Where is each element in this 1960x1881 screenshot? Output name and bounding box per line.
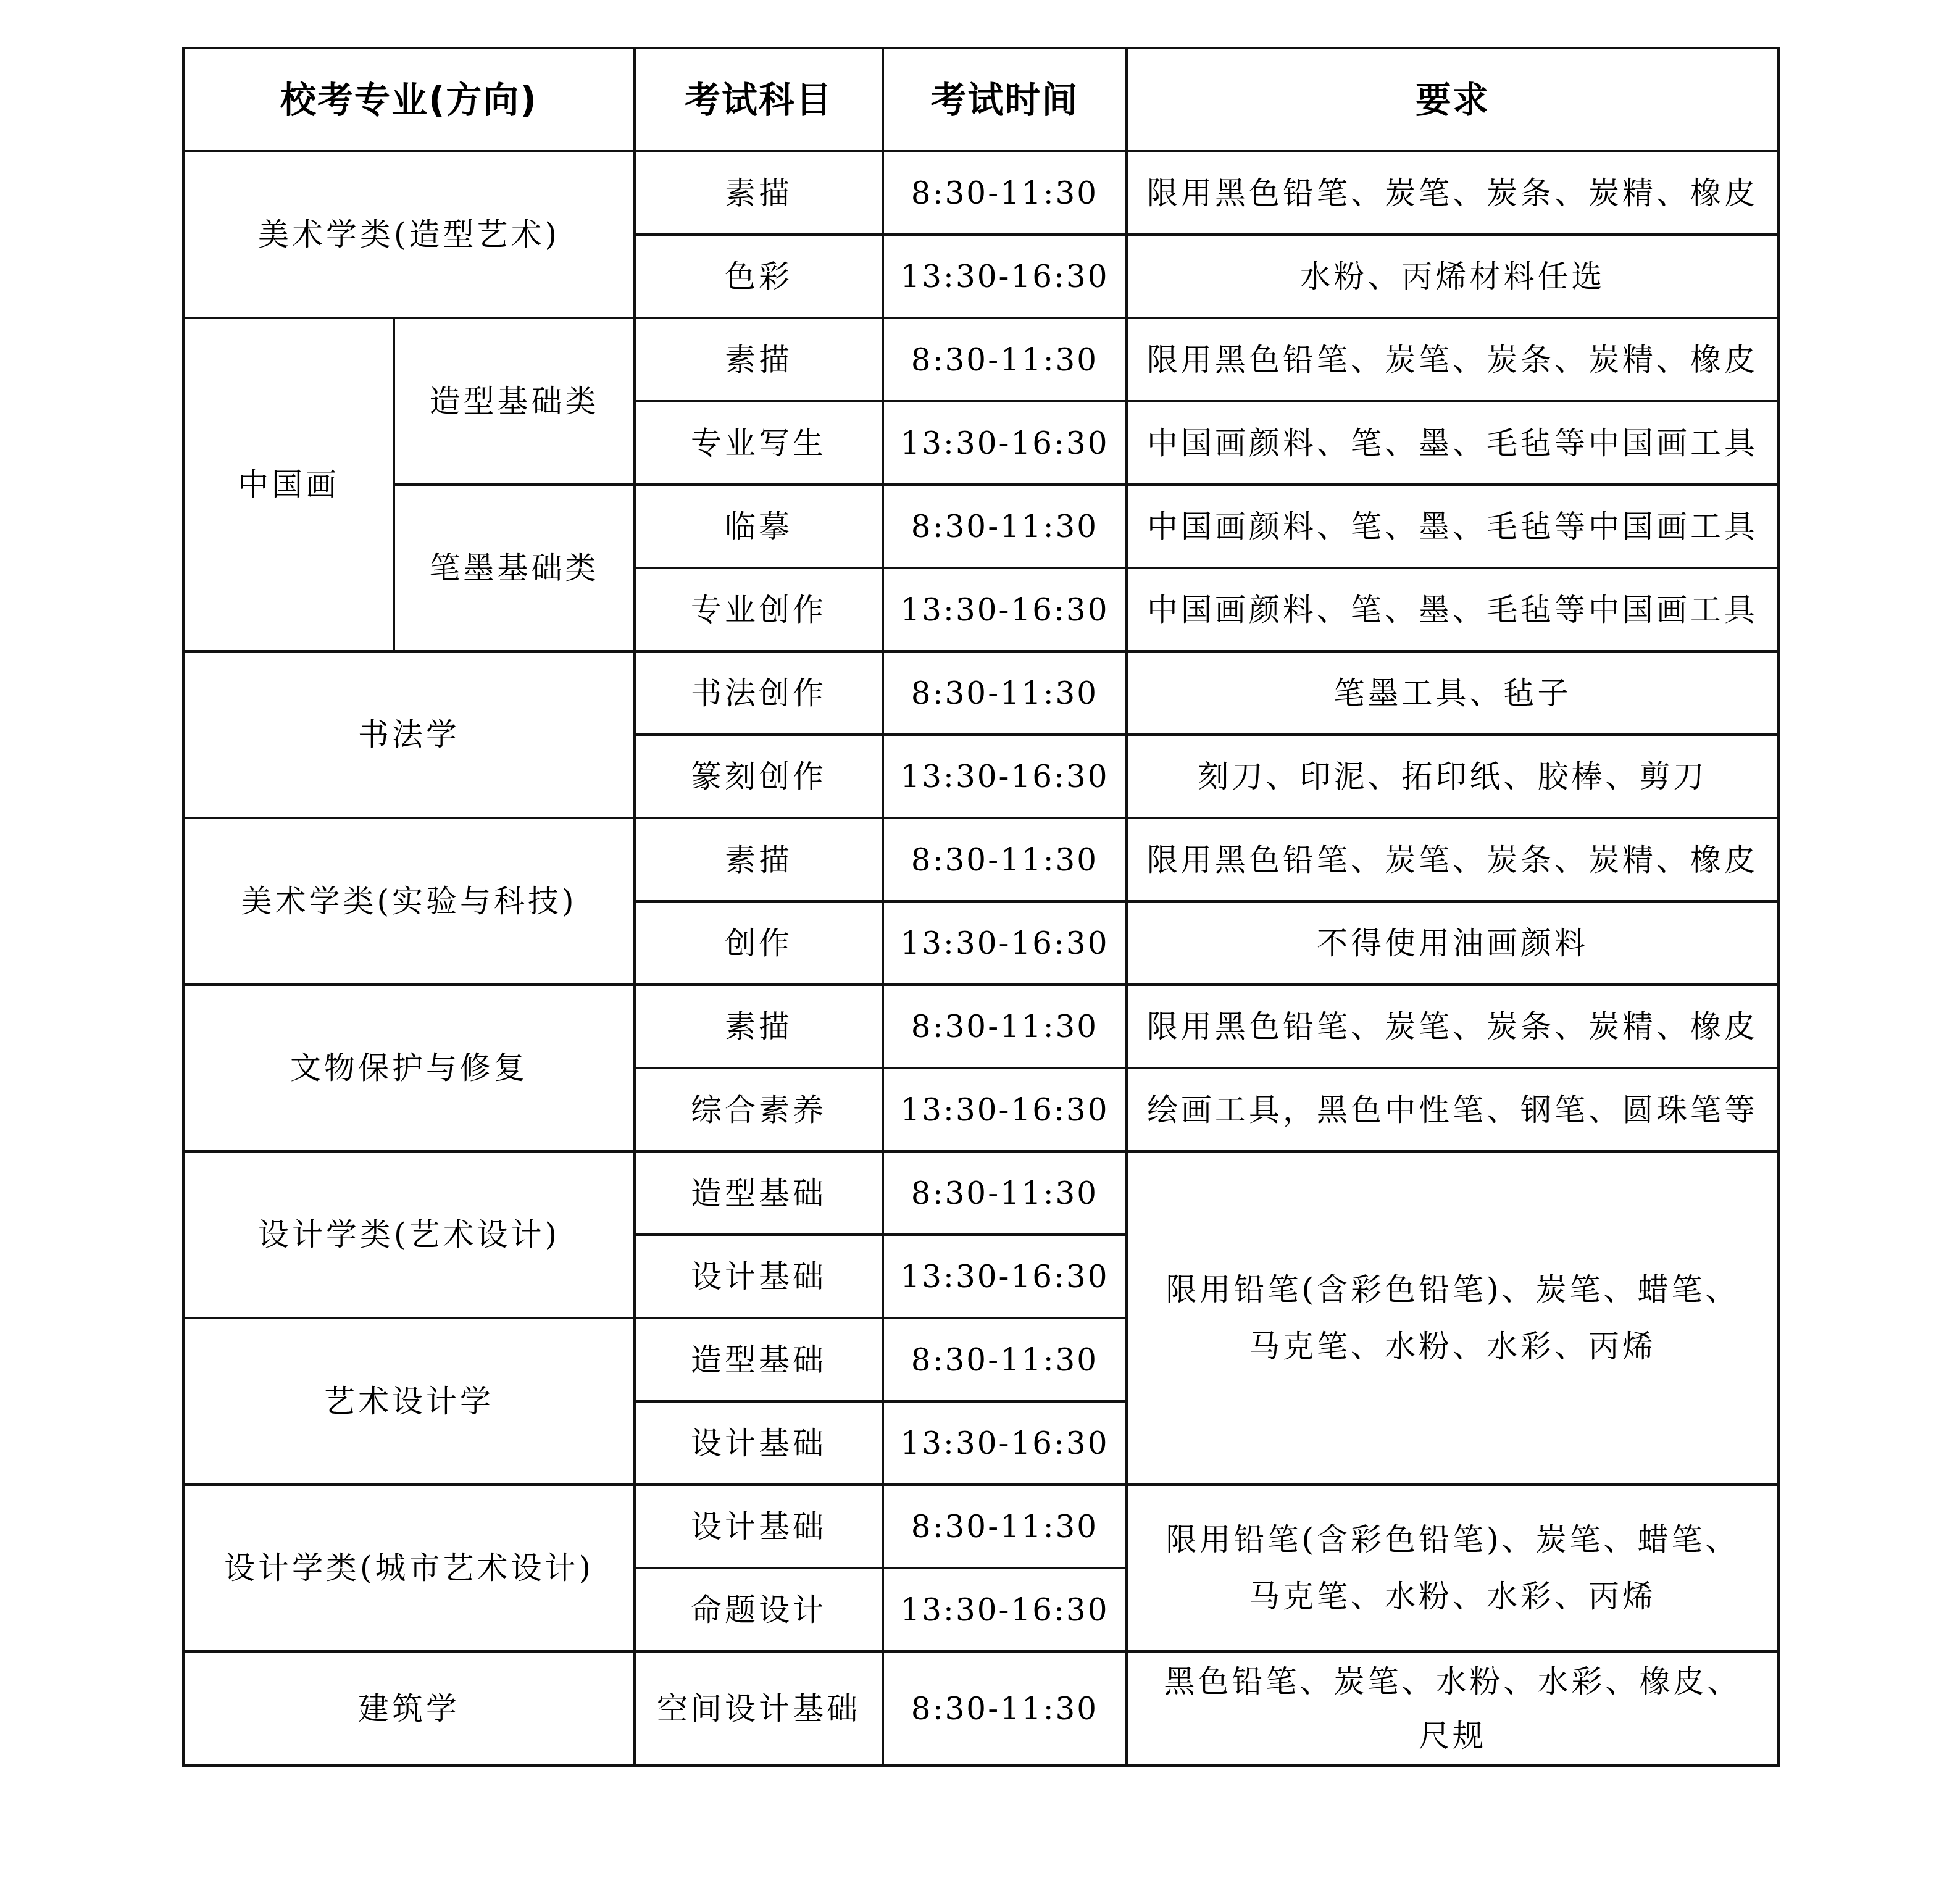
subject-cell: 素描: [635, 318, 883, 401]
time-cell: 8:30-11:30: [883, 318, 1127, 401]
table-row: 书法学 书法创作 8:30-11:30 笔墨工具、毡子: [183, 651, 1779, 735]
requirement-cell: 不得使用油画颜料: [1127, 901, 1779, 985]
major-cell: 设计学类(城市艺术设计): [183, 1485, 635, 1651]
requirement-cell-shared: 限用铅笔(含彩色铅笔)、炭笔、蜡笔、 马克笔、水粉、水彩、丙烯: [1127, 1151, 1779, 1485]
major-cell: 艺术设计学: [183, 1318, 635, 1485]
table-row: 中国画 造型基础类 素描 8:30-11:30 限用黑色铅笔、炭笔、炭条、炭精、…: [183, 318, 1779, 401]
requirement-cell: 绘画工具，黑色中性笔、钢笔、圆珠笔等: [1127, 1068, 1779, 1151]
subject-cell: 临摹: [635, 485, 883, 568]
time-cell: 13:30-16:30: [883, 1401, 1127, 1485]
time-cell: 8:30-11:30: [883, 818, 1127, 901]
requirement-cell: 刻刀、印泥、拓印纸、胶棒、剪刀: [1127, 735, 1779, 818]
subject-cell: 色彩: [635, 235, 883, 318]
time-cell: 8:30-11:30: [883, 1151, 1127, 1235]
subject-cell: 素描: [635, 985, 883, 1068]
time-cell: 8:30-11:30: [883, 1651, 1127, 1766]
subject-cell: 设计基础: [635, 1235, 883, 1318]
table-row: 文物保护与修复 素描 8:30-11:30 限用黑色铅笔、炭笔、炭条、炭精、橡皮: [183, 985, 1779, 1068]
requirement-cell: 限用黑色铅笔、炭笔、炭条、炭精、橡皮: [1127, 318, 1779, 401]
table-header-row: 校考专业(方向) 考试科目 考试时间 要求: [183, 48, 1779, 151]
major-cell: 中国画: [183, 318, 394, 651]
requirement-cell: 笔墨工具、毡子: [1127, 651, 1779, 735]
subject-cell: 综合素养: [635, 1068, 883, 1151]
requirement-line: 马克笔、水粉、水彩、丙烯: [1132, 1568, 1774, 1625]
table-row: 美术学类(造型艺术) 素描 8:30-11:30 限用黑色铅笔、炭笔、炭条、炭精…: [183, 151, 1779, 235]
subject-cell: 设计基础: [635, 1485, 883, 1568]
time-cell: 13:30-16:30: [883, 735, 1127, 818]
major-cell: 设计学类(艺术设计): [183, 1151, 635, 1318]
time-cell: 13:30-16:30: [883, 401, 1127, 485]
exam-schedule-table: 校考专业(方向) 考试科目 考试时间 要求 美术学类(造型艺术) 素描 8:30…: [182, 47, 1780, 1767]
time-cell: 13:30-16:30: [883, 1068, 1127, 1151]
table-row: 建筑学 空间设计基础 8:30-11:30 黑色铅笔、炭笔、水粉、水彩、橡皮、 …: [183, 1651, 1779, 1766]
subject-cell: 书法创作: [635, 651, 883, 735]
requirement-cell: 中国画颜料、笔、墨、毛毡等中国画工具: [1127, 485, 1779, 568]
subject-cell: 造型基础: [635, 1318, 883, 1401]
requirement-cell: 限用黑色铅笔、炭笔、炭条、炭精、橡皮: [1127, 818, 1779, 901]
time-cell: 8:30-11:30: [883, 151, 1127, 235]
subject-cell: 创作: [635, 901, 883, 985]
major-cell: 建筑学: [183, 1651, 635, 1766]
subject-cell: 专业写生: [635, 401, 883, 485]
header-requirement: 要求: [1127, 48, 1779, 151]
requirement-line: 黑色铅笔、炭笔、水粉、水彩、橡皮、: [1132, 1654, 1774, 1709]
major-cell: 美术学类(实验与科技): [183, 818, 635, 985]
requirement-cell: 黑色铅笔、炭笔、水粉、水彩、橡皮、 尺规: [1127, 1651, 1779, 1766]
table-row: 美术学类(实验与科技) 素描 8:30-11:30 限用黑色铅笔、炭笔、炭条、炭…: [183, 818, 1779, 901]
subject-cell: 命题设计: [635, 1568, 883, 1651]
subject-cell: 造型基础: [635, 1151, 883, 1235]
requirement-cell: 限用黑色铅笔、炭笔、炭条、炭精、橡皮: [1127, 151, 1779, 235]
time-cell: 13:30-16:30: [883, 901, 1127, 985]
header-time: 考试时间: [883, 48, 1127, 151]
time-cell: 8:30-11:30: [883, 651, 1127, 735]
major-cell: 文物保护与修复: [183, 985, 635, 1151]
table-row: 笔墨基础类 临摹 8:30-11:30 中国画颜料、笔、墨、毛毡等中国画工具: [183, 485, 1779, 568]
requirement-cell: 中国画颜料、笔、墨、毛毡等中国画工具: [1127, 401, 1779, 485]
subject-cell: 素描: [635, 818, 883, 901]
time-cell: 13:30-16:30: [883, 1568, 1127, 1651]
time-cell: 8:30-11:30: [883, 1318, 1127, 1401]
header-subject: 考试科目: [635, 48, 883, 151]
table-row: 设计学类(艺术设计) 造型基础 8:30-11:30 限用铅笔(含彩色铅笔)、炭…: [183, 1151, 1779, 1235]
direction-cell: 笔墨基础类: [394, 485, 635, 651]
requirement-line: 限用铅笔(含彩色铅笔)、炭笔、蜡笔、: [1132, 1511, 1774, 1568]
major-cell: 美术学类(造型艺术): [183, 151, 635, 318]
subject-cell: 篆刻创作: [635, 735, 883, 818]
time-cell: 13:30-16:30: [883, 568, 1127, 651]
requirement-cell: 限用铅笔(含彩色铅笔)、炭笔、蜡笔、 马克笔、水粉、水彩、丙烯: [1127, 1485, 1779, 1651]
subject-cell: 设计基础: [635, 1401, 883, 1485]
major-cell: 书法学: [183, 651, 635, 818]
subject-cell: 专业创作: [635, 568, 883, 651]
document-page: 校考专业(方向) 考试科目 考试时间 要求 美术学类(造型艺术) 素描 8:30…: [0, 0, 1960, 1881]
time-cell: 8:30-11:30: [883, 485, 1127, 568]
time-cell: 13:30-16:30: [883, 235, 1127, 318]
requirement-line: 尺规: [1132, 1709, 1774, 1763]
requirement-cell: 限用黑色铅笔、炭笔、炭条、炭精、橡皮: [1127, 985, 1779, 1068]
table-row: 设计学类(城市艺术设计) 设计基础 8:30-11:30 限用铅笔(含彩色铅笔)…: [183, 1485, 1779, 1568]
requirement-cell: 水粉、丙烯材料任选: [1127, 235, 1779, 318]
requirement-cell: 中国画颜料、笔、墨、毛毡等中国画工具: [1127, 568, 1779, 651]
direction-cell: 造型基础类: [394, 318, 635, 485]
time-cell: 13:30-16:30: [883, 1235, 1127, 1318]
requirement-line: 限用铅笔(含彩色铅笔)、炭笔、蜡笔、: [1132, 1261, 1774, 1318]
subject-cell: 空间设计基础: [635, 1651, 883, 1766]
time-cell: 8:30-11:30: [883, 1485, 1127, 1568]
requirement-line: 马克笔、水粉、水彩、丙烯: [1132, 1318, 1774, 1375]
header-major: 校考专业(方向): [183, 48, 635, 151]
subject-cell: 素描: [635, 151, 883, 235]
time-cell: 8:30-11:30: [883, 985, 1127, 1068]
